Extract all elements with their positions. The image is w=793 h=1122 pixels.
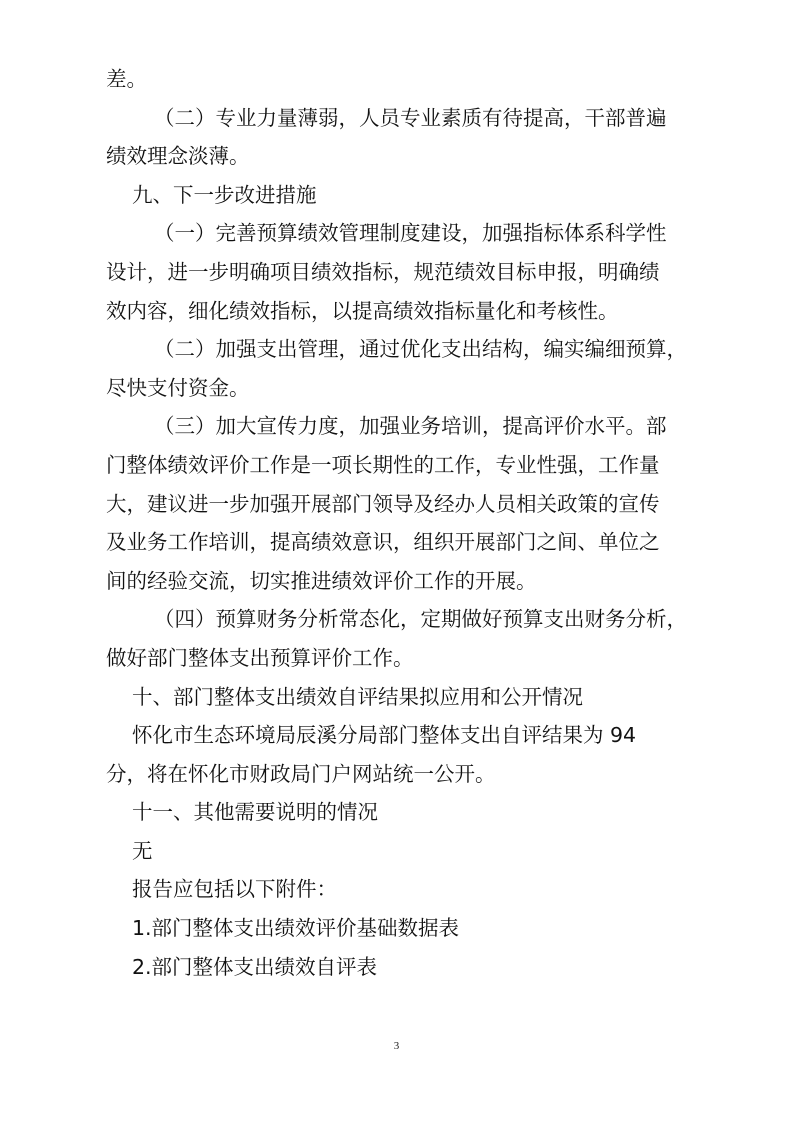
text-line: 尽快支付资金。 <box>106 369 686 408</box>
text-line: 怀化市生态环境局辰溪分局部门整体支出自评结果为 94 <box>106 716 686 755</box>
text-line: 报告应包括以下附件： <box>106 870 686 909</box>
text-line: 效内容，细化绩效指标，以提高绩效指标量化和考核性。 <box>106 292 686 331</box>
section-heading: 十一、其他需要说明的情况 <box>106 793 686 832</box>
text-line: 及业务工作培训，提高绩效意识，组织开展部门之间、单位之 <box>106 523 686 562</box>
text-line: （一）完善预算绩效管理制度建设，加强指标体系科学性 <box>106 214 686 253</box>
attachment-item: 1.部门整体支出绩效评价基础数据表 <box>106 909 686 948</box>
document-body: 差。 （二）专业力量薄弱，人员专业素质有待提高，干部普遍 绩效理念淡薄。 九、下… <box>106 60 686 986</box>
text-line: （四）预算财务分析常态化，定期做好预算支出财务分析， <box>106 600 686 639</box>
text-line: 间的经验交流，切实推进绩效评价工作的开展。 <box>106 562 686 601</box>
text-line: （三）加大宣传力度，加强业务培训，提高评价水平。部 <box>106 407 686 446</box>
text-line: （二）专业力量薄弱，人员专业素质有待提高，干部普遍 <box>106 99 686 138</box>
text-line: 大，建议进一步加强开展部门领导及经办人员相关政策的宣传 <box>106 485 686 524</box>
text-line: 设计，进一步明确项目绩效指标，规范绩效目标申报，明确绩 <box>106 253 686 292</box>
document-page: 差。 （二）专业力量薄弱，人员专业素质有待提高，干部普遍 绩效理念淡薄。 九、下… <box>0 0 793 1122</box>
text-line: 门整体绩效评价工作是一项长期性的工作，专业性强，工作量 <box>106 446 686 485</box>
attachment-item: 2.部门整体支出绩效自评表 <box>106 948 686 987</box>
section-heading: 十、部门整体支出绩效自评结果拟应用和公开情况 <box>106 678 686 717</box>
text-line: 无 <box>106 832 686 871</box>
text-line: （二）加强支出管理，通过优化支出结构，编实编细预算， <box>106 330 686 369</box>
text-line: 绩效理念淡薄。 <box>106 137 686 176</box>
text-line: 差。 <box>106 60 686 99</box>
section-heading: 九、下一步改进措施 <box>106 176 686 215</box>
page-number: 3 <box>0 1040 793 1052</box>
text-line: 做好部门整体支出预算评价工作。 <box>106 639 686 678</box>
text-line: 分，将在怀化市财政局门户网站统一公开。 <box>106 755 686 794</box>
